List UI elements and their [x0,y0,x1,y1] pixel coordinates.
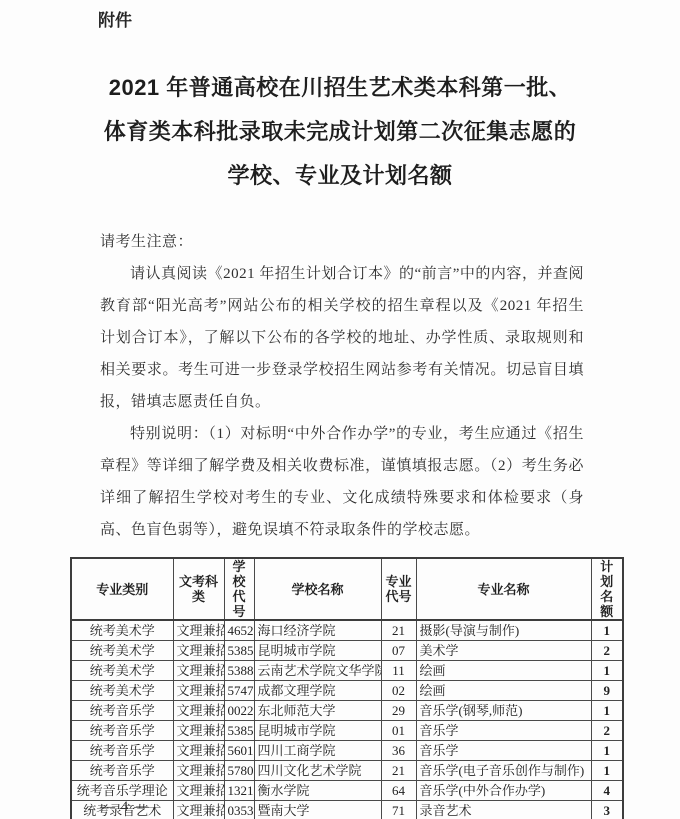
table-cell: 1 [591,620,623,641]
table-cell: 01 [381,721,416,741]
table-cell: 录音艺术 [416,801,591,819]
header-major-name: 专业名称 [416,558,591,620]
title-line-2: 体育类本科批录取未完成计划第二次征集志愿的 [0,110,680,154]
table-cell: 绘画 [416,661,591,681]
table-cell: 东北师范大学 [254,701,381,721]
table-cell: 统考音乐学 [71,701,173,721]
table-cell: 绘画 [416,681,591,701]
table-cell: 统考音乐学 [71,761,173,781]
plan-table-head: 专业类别 文考科类 学校 代号 学校名称 专业 代号 专业名称 计划 名额 [71,558,623,620]
table-cell: 1 [591,761,623,781]
header-exam-subject-type: 文考科类 [173,558,224,620]
table-row: 统考美术学文理兼招4652海口经济学院21摄影(导演与制作)1 [71,620,623,641]
table-row: 统考美术学文理兼招5388云南艺术学院文华学院11绘画1 [71,661,623,681]
table-cell: 2 [591,721,623,741]
title-line-1: 2021 年普通高校在川招生艺术类本科第一批、 [0,66,680,110]
table-row: 统考音乐学文理兼招5780四川文化艺术学院21音乐学(电子音乐创作与制作)1 [71,761,623,781]
table-cell: 0353 [224,801,254,819]
table-cell: 音乐学(中外合作办学) [416,781,591,801]
table-cell: 音乐学 [416,741,591,761]
table-cell: 5388 [224,661,254,681]
table-cell: 文理兼招 [173,620,224,641]
header-major-code: 专业 代号 [381,558,416,620]
table-cell: 云南艺术学院文华学院 [254,661,381,681]
table-cell: 文理兼招 [173,701,224,721]
table-cell: 29 [381,701,416,721]
table-row: 统考录音艺术文理兼招0353暨南大学71录音艺术3 [71,801,623,819]
table-cell: 统考美术学 [71,641,173,661]
table-cell: 2 [591,641,623,661]
table-cell: 统考音乐学 [71,741,173,761]
attachment-label: 附件 [98,6,132,31]
document-page: 附件 2021 年普通高校在川招生艺术类本科第一批、 体育类本科批录取未完成计划… [0,0,680,819]
header-row: 专业类别 文考科类 学校 代号 学校名称 专业 代号 专业名称 计划 名额 [71,558,623,620]
table-row: 统考音乐学文理兼招5601四川工商学院36音乐学1 [71,741,623,761]
table-cell: 71 [381,801,416,819]
table-cell: 成都文理学院 [254,681,381,701]
table-cell: 昆明城市学院 [254,721,381,741]
table-cell: 02 [381,681,416,701]
table-cell: 1 [591,701,623,721]
table-cell: 四川工商学院 [254,741,381,761]
table-cell: 21 [381,761,416,781]
table-cell: 统考美术学 [71,620,173,641]
table-cell: 64 [381,781,416,801]
table-cell: 文理兼招 [173,721,224,741]
table-cell: 统考音乐学理论 [71,781,173,801]
table-cell: 21 [381,620,416,641]
notice-paragraph-1: 请认真阅读《2021 年招生计划合订本》的“前言”中的内容，并查阅教育部“阳光高… [100,258,584,418]
table-cell: 海口经济学院 [254,620,381,641]
table-row: 统考美术学文理兼招5385昆明城市学院07美术学2 [71,641,623,661]
table-cell: 文理兼招 [173,681,224,701]
table-cell: 11 [381,661,416,681]
header-school-code: 学校 代号 [224,558,254,620]
plan-table-body: 统考美术学文理兼招4652海口经济学院21摄影(导演与制作)1统考美术学文理兼招… [71,620,623,819]
table-cell: 9 [591,681,623,701]
table-cell: 文理兼招 [173,641,224,661]
table-cell: 文理兼招 [173,781,224,801]
table-cell: 音乐学(钢琴,师范) [416,701,591,721]
table-cell: 文理兼招 [173,801,224,819]
table-cell: 4652 [224,620,254,641]
table-cell: 3 [591,801,623,819]
table-cell: 统考美术学 [71,681,173,701]
table-cell: 摄影(导演与制作) [416,620,591,641]
table-cell: 0022 [224,701,254,721]
table-row: 统考美术学文理兼招5747成都文理学院02绘画9 [71,681,623,701]
header-school-name: 学校名称 [254,558,381,620]
table-cell: 美术学 [416,641,591,661]
table-row: 统考音乐学文理兼招0022东北师范大学29音乐学(钢琴,师范)1 [71,701,623,721]
table-cell: 36 [381,741,416,761]
table-cell: 统考音乐学 [71,721,173,741]
table-cell: 音乐学 [416,721,591,741]
table-row: 统考音乐学理论文理兼招1321衡水学院64音乐学(中外合作办学)4 [71,781,623,801]
table-cell: 07 [381,641,416,661]
table-cell: 5385 [224,641,254,661]
table-cell: 5385 [224,721,254,741]
notice-section: 请考生注意： 请认真阅读《2021 年招生计划合订本》的“前言”中的内容，并查阅… [100,226,584,546]
table-cell: 暨南大学 [254,801,381,819]
plan-table: 专业类别 文考科类 学校 代号 学校名称 专业 代号 专业名称 计划 名额 统考… [70,557,624,819]
header-plan-quota: 计划 名额 [591,558,623,620]
table-cell: 衡水学院 [254,781,381,801]
table-cell: 1321 [224,781,254,801]
header-major-category: 专业类别 [71,558,173,620]
table-row: 统考音乐学文理兼招5385昆明城市学院01音乐学2 [71,721,623,741]
table-cell: 5747 [224,681,254,701]
table-cell: 音乐学(电子音乐创作与制作) [416,761,591,781]
notice-heading: 请考生注意： [100,226,584,258]
table-cell: 5601 [224,741,254,761]
table-cell: 1 [591,661,623,681]
table-cell: 昆明城市学院 [254,641,381,661]
table-cell: 4 [591,781,623,801]
table-cell: 1 [591,741,623,761]
table-cell: 5780 [224,761,254,781]
table-cell: 文理兼招 [173,661,224,681]
document-title: 2021 年普通高校在川招生艺术类本科第一批、 体育类本科批录取未完成计划第二次… [0,66,680,198]
title-line-3: 学校、专业及计划名额 [0,154,680,198]
table-cell: 文理兼招 [173,741,224,761]
table-cell: 文理兼招 [173,761,224,781]
table-cell: 四川文化艺术学院 [254,761,381,781]
notice-paragraph-2: 特别说明：（1）对标明“中外合作办学”的专业，考生应通过《招生章程》等详细了解学… [100,418,584,546]
table-cell: 统考美术学 [71,661,173,681]
page-number: — 4 — [100,799,150,816]
